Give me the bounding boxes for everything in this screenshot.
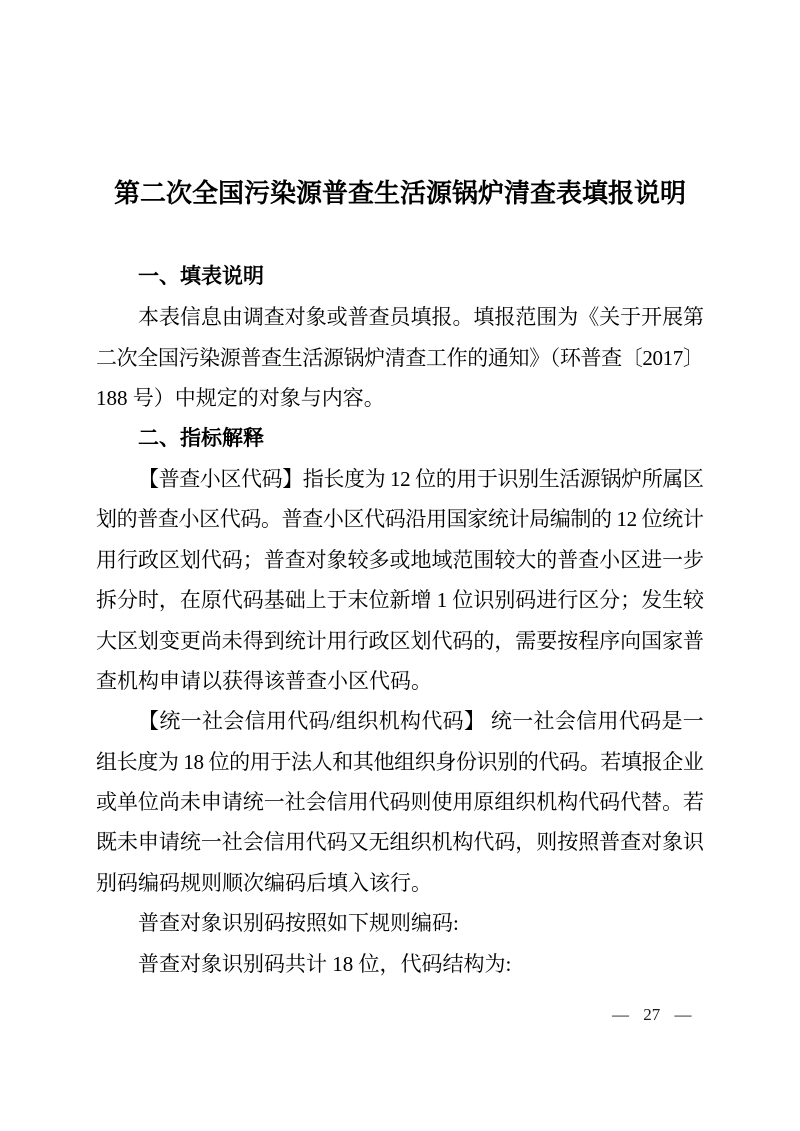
paragraph-line-text: 普查对象识别码共计 18 位，代码结构为: xyxy=(138,944,511,984)
paragraph-line: 用行政区划代码；普查对象较多或地域范围较大的普查小区进一步 xyxy=(96,540,704,580)
paragraph-line: 普查对象识别码按照如下规则编码: xyxy=(96,903,704,943)
paragraph-line-text: 大区划变更尚未得到统计用行政区划代码的，需要按程序向国家普 xyxy=(96,621,704,661)
page-number: — 27 — xyxy=(612,1003,692,1027)
paragraph-line: 既未申请统一社会信用代码又无组织机构代码，则按照普查对象识 xyxy=(96,822,704,862)
paragraph-line-text: 【统一社会信用代码/组织机构代码】 统一社会信用代码是一 xyxy=(138,701,704,741)
section-heading: 一、填表说明 xyxy=(96,257,704,297)
paragraph-line: 【普查小区代码】指长度为 12 位的用于识别生活源锅炉所属区 xyxy=(96,459,704,499)
paragraph-line: 划的普查小区代码。普查小区代码沿用国家统计局编制的 12 位统计 xyxy=(96,499,704,539)
document-body: 一、填表说明本表信息由调查对象或普查员填报。填报范围为《关于开展第二次全国污染源… xyxy=(96,257,704,984)
paragraph-line-text: 普查对象识别码按照如下规则编码: xyxy=(138,903,459,943)
paragraph-line: 188 号）中规定的对象与内容。 xyxy=(96,378,704,418)
paragraph-line: 本表信息由调查对象或普查员填报。填报范围为《关于开展第 xyxy=(96,297,704,337)
paragraph-line-text: 或单位尚未申请统一社会信用代码则使用原组织机构代码代替。若 xyxy=(96,782,704,822)
paragraph-line: 二次全国污染源普查生活源锅炉清查工作的通知》（环普查〔2017〕 xyxy=(96,338,704,378)
section-heading: 二、指标解释 xyxy=(96,419,704,459)
paragraph-line: 拆分时，在原代码基础上于末位新增 1 位识别码进行区分；发生较 xyxy=(96,580,704,620)
section-heading-text: 二、指标解释 xyxy=(138,419,264,459)
paragraph-line-text: 拆分时，在原代码基础上于末位新增 1 位识别码进行区分；发生较 xyxy=(96,580,704,620)
paragraph-line: 普查对象识别码共计 18 位，代码结构为: xyxy=(96,944,704,984)
document-title: 第二次全国污染源普查生活源锅炉清查表填报说明 xyxy=(0,176,800,210)
paragraph-line-text: 既未申请统一社会信用代码又无组织机构代码，则按照普查对象识 xyxy=(96,822,704,862)
paragraph-line-text: 查机构申请以获得该普查小区代码。 xyxy=(96,661,432,701)
paragraph-line: 查机构申请以获得该普查小区代码。 xyxy=(96,661,704,701)
paragraph-line: 【统一社会信用代码/组织机构代码】 统一社会信用代码是一 xyxy=(96,701,704,741)
paragraph-line: 组长度为 18 位的用于法人和其他组织身份识别的代码。若填报企业 xyxy=(96,742,704,782)
section-heading-text: 一、填表说明 xyxy=(138,257,264,297)
paragraph-line-text: 用行政区划代码；普查对象较多或地域范围较大的普查小区进一步 xyxy=(96,540,704,580)
paragraph-line-text: 别码编码规则顺次编码后填入该行。 xyxy=(96,863,432,903)
paragraph-line-text: 二次全国污染源普查生活源锅炉清查工作的通知》（环普查〔2017〕 xyxy=(96,338,704,378)
document-page: 第二次全国污染源普查生活源锅炉清查表填报说明 一、填表说明本表信息由调查对象或普… xyxy=(0,0,800,1131)
paragraph-line: 大区划变更尚未得到统计用行政区划代码的，需要按程序向国家普 xyxy=(96,621,704,661)
paragraph-line-text: 本表信息由调查对象或普查员填报。填报范围为《关于开展第 xyxy=(138,297,704,337)
paragraph-line-text: 188 号）中规定的对象与内容。 xyxy=(96,378,385,418)
paragraph-line-text: 划的普查小区代码。普查小区代码沿用国家统计局编制的 12 位统计 xyxy=(96,499,704,539)
paragraph-line-text: 【普查小区代码】指长度为 12 位的用于识别生活源锅炉所属区 xyxy=(138,459,704,499)
paragraph-line-text: 组长度为 18 位的用于法人和其他组织身份识别的代码。若填报企业 xyxy=(96,742,704,782)
paragraph-line: 或单位尚未申请统一社会信用代码则使用原组织机构代码代替。若 xyxy=(96,782,704,822)
paragraph-line: 别码编码规则顺次编码后填入该行。 xyxy=(96,863,704,903)
